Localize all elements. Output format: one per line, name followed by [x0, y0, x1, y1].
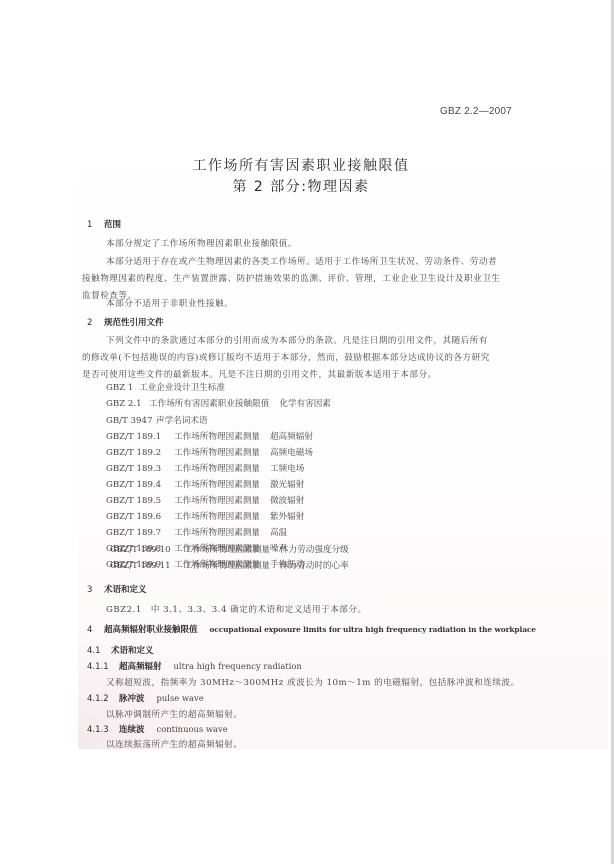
reference-subtitle: 高温	[270, 526, 287, 538]
section-title: 超高频辐射职业接触限值	[104, 625, 198, 635]
reference-title: 工作场所物理因素测量	[174, 430, 260, 442]
section-3-heading: 3术语和定义	[87, 583, 147, 595]
reference-title: 工作场所物理因素测量	[174, 494, 260, 506]
reference-title: 工业企业设计卫生标准	[139, 381, 225, 393]
reference-item: GBZ/T 189.11工作场所物理因素测量体力劳动时的心率	[110, 559, 349, 571]
section-title: 规范性引用文件	[104, 318, 164, 328]
reference-subtitle: 体力劳动强度分级	[280, 543, 349, 555]
reference-code: GBZ/T 189.6	[106, 512, 174, 522]
reference-item: GBZ/T 189.5工作场所物理因素测量微波辐射	[106, 494, 304, 506]
reference-item: GBZ/T 189.7工作场所物理因素测量高温	[106, 526, 287, 538]
subsection-title-en: pulse wave	[157, 693, 204, 703]
reference-code: GBZ 1	[106, 383, 139, 393]
section-title: 术语和定义	[104, 585, 147, 595]
reference-code: GBZ/T 189.7	[106, 528, 174, 538]
reference-code: GBZ/T 189.4	[106, 480, 174, 490]
reference-title: 工作场所物理因素测量	[174, 526, 260, 538]
reference-title: 工作场所有害因素职业接触限值	[149, 397, 269, 409]
reference-title: 工作场所物理因素测量	[174, 510, 260, 522]
subsection-title: 超高频辐射	[119, 662, 162, 672]
section-4-heading: 4超高频辐射职业接触限值occupational exposure limits…	[87, 623, 536, 635]
definition-text: 以连续振荡所产生的超高频辐射。	[106, 738, 242, 750]
reference-subtitle: 超高频辐射	[270, 430, 313, 442]
standard-number: GBZ 2.2—2007	[440, 106, 512, 117]
definition-text: 又称超短波，指频率为 30MHz～300MHz 或波长为 10m～1m 的电磁辐…	[106, 676, 520, 688]
section-title: 范围	[104, 220, 121, 230]
subsection-title: 术语和定义	[111, 646, 154, 656]
paragraph: GBZ2.1 中 3.1、3.3、3.4 确定的术语和定义适用于本部分。	[106, 603, 367, 615]
reference-item: GB/T 3947声学名词术语	[106, 414, 208, 426]
document-title: 工作场所有害因素职业接触限值	[0, 155, 608, 175]
reference-code: GB/T 3947	[106, 416, 156, 426]
reference-item: GBZ/T 189.3工作场所物理因素测量工频电场	[106, 462, 304, 474]
reference-subtitle: 高频电磁场	[270, 446, 313, 458]
reference-code: GBZ 2.1	[106, 399, 149, 409]
section-number: 1	[87, 220, 104, 230]
paragraph: 本部分不适用于非职业性接触。	[106, 297, 233, 309]
paragraph: 下列文件中的条款通过本部分的引用而成为本部分的条款。凡是注日期的引用文件，其随后…	[106, 334, 488, 346]
paragraph-cont: 是否可使用这些文件的最新版本。凡是不注日期的引用文件，其最新版本适用于本部分。	[82, 368, 437, 380]
reference-item: GBZ/T 189.10工作场所物理因素测量体力劳动强度分级	[110, 543, 349, 555]
section-1-heading: 1范围	[87, 218, 121, 230]
reference-title: 声学名词术语	[156, 414, 208, 426]
subsection-number: 4.1	[87, 646, 111, 656]
subsection-number: 4.1.3	[87, 725, 119, 735]
subsection-number: 4.1.2	[87, 694, 119, 704]
subsection-4-1-3-heading: 4.1.3连续波continuous wave	[87, 723, 228, 735]
subsection-4-1-1-heading: 4.1.1超高频辐射ultra high frequency radiation	[87, 660, 302, 672]
subsection-title-en: continuous wave	[157, 724, 228, 734]
paragraph: 本部分规定了工作场所物理因素职业接触限值。	[106, 237, 297, 249]
reference-title: 工作场所物理因素测量	[174, 446, 260, 458]
reference-subtitle: 化学有害因素	[279, 397, 331, 409]
reference-code: GBZ/T 189.3	[106, 464, 174, 474]
reference-subtitle: 工频电场	[270, 462, 304, 474]
reference-code: GBZ/T 189.10	[110, 545, 184, 555]
paragraph-cont: 的修改单(不包括勘误的内容)或修订版均不适用于本部分，然而，鼓励根据本部分达成协…	[82, 351, 490, 363]
reference-title: 工作场所物理因素测量	[174, 478, 260, 490]
subsection-title-en: ultra high frequency radiation	[174, 661, 302, 671]
definition-text: 以脉冲调制所产生的超高频辐射。	[106, 708, 242, 720]
reference-item: GBZ/T 189.6工作场所物理因素测量紫外辐射	[106, 510, 304, 522]
subsection-4-1-2-heading: 4.1.2脉冲波pulse wave	[87, 692, 204, 704]
paragraph: 本部分适用于存在或产生物理因素的各类工作场所。适用于工作场所卫生状况、劳动条件、…	[106, 255, 497, 267]
reference-code: GBZ/T 189.1	[106, 432, 174, 442]
reference-subtitle: 紫外辐射	[270, 510, 304, 522]
reference-subtitle: 微波辐射	[270, 494, 304, 506]
document-subtitle: 第 2 部分:物理因素	[0, 176, 608, 196]
subsection-4-1-heading: 4.1术语和定义	[87, 644, 154, 656]
reference-code: GBZ/T 189.2	[106, 448, 174, 458]
reference-subtitle: 激光辐射	[270, 478, 304, 490]
subsection-title: 脉冲波	[119, 694, 145, 704]
reference-item: GBZ 2.1工作场所有害因素职业接触限值化学有害因素	[106, 397, 331, 409]
section-number: 2	[87, 318, 104, 328]
section-number: 3	[87, 585, 104, 595]
section-title-en: occupational exposure limits for ultra h…	[210, 625, 536, 634]
reference-subtitle: 体力劳动时的心率	[280, 559, 349, 571]
section-number: 4	[87, 625, 104, 635]
reference-code: GBZ/T 189.5	[106, 496, 174, 506]
subsection-title: 连续波	[119, 725, 145, 735]
paragraph-cont: 接触物理因素的程度、生产装置泄露、防护措施效果的监测、评价、管理，工业企业卫生设…	[82, 272, 500, 284]
reference-title: 工作场所物理因素测量	[184, 543, 270, 555]
section-2-heading: 2规范性引用文件	[87, 316, 164, 328]
reference-code: GBZ/T 189.11	[110, 561, 184, 571]
reference-title: 工作场所物理因素测量	[184, 559, 270, 571]
subsection-number: 4.1.1	[87, 662, 119, 672]
reference-title: 工作场所物理因素测量	[174, 462, 260, 474]
reference-item: GBZ/T 189.4工作场所物理因素测量激光辐射	[106, 478, 304, 490]
reference-item: GBZ/T 189.1工作场所物理因素测量超高频辐射	[106, 430, 313, 442]
reference-item: GBZ 1工业企业设计卫生标准	[106, 381, 225, 393]
reference-item: GBZ/T 189.2工作场所物理因素测量高频电磁场	[106, 446, 313, 458]
